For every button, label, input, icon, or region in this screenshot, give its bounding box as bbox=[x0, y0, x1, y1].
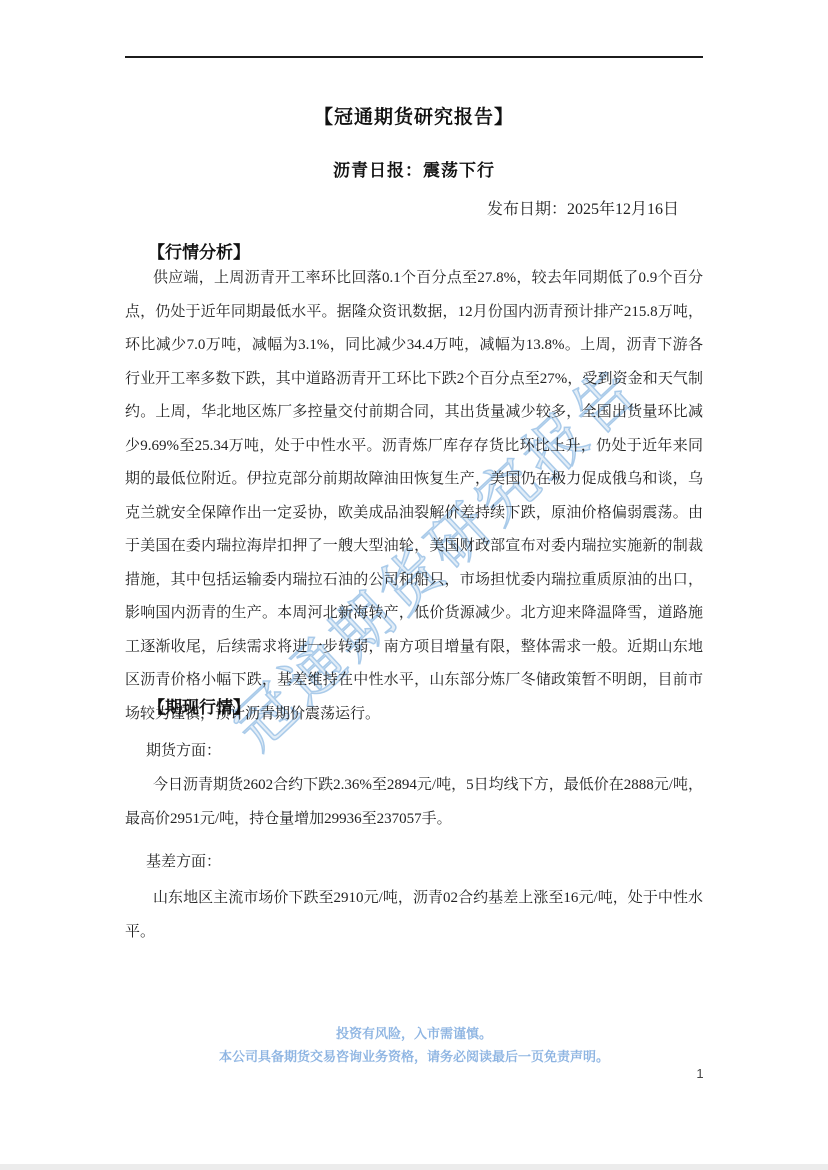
page-footer: 投资有风险，入市需谨慎。 本公司具备期货交易咨询业务资格，请务必阅读最后一页免责… bbox=[0, 1022, 828, 1068]
section-heading-market: 【期现行情】 bbox=[125, 693, 703, 718]
basis-paragraph: 山东地区主流市场价下跌至2910元/吨，沥青02合约基差上涨至16元/吨，处于中… bbox=[125, 882, 703, 949]
futures-label: 期货方面： bbox=[125, 735, 703, 769]
header-rule bbox=[125, 56, 703, 58]
futures-paragraph: 今日沥青期货2602合约下跌2.36%至2894元/吨，5日均线下方，最低价在2… bbox=[125, 769, 703, 836]
analysis-paragraph: 供应端，上周沥青开工率环比回落0.1个百分点至27.8%，较去年同期低了0.9个… bbox=[125, 262, 703, 731]
report-page: 冠通期货研究报告 【冠通期货研究报告】 沥青日报：震荡下行 发布日期：2025年… bbox=[0, 0, 828, 1170]
publish-date: 发布日期：2025年12月16日 bbox=[125, 196, 679, 219]
report-title: 沥青日报：震荡下行 bbox=[0, 156, 828, 181]
footer-risk-warning: 投资有风险，入市需谨慎。 bbox=[0, 1022, 828, 1045]
report-series-label: 【冠通期货研究报告】 bbox=[0, 102, 828, 129]
basis-label: 基差方面： bbox=[125, 846, 703, 880]
page-bottom-edge bbox=[0, 1164, 828, 1170]
page-number: 1 bbox=[688, 1066, 712, 1081]
section-heading-analysis: 【行情分析】 bbox=[125, 238, 703, 263]
footer-disclaimer: 本公司具备期货交易咨询业务资格，请务必阅读最后一页免责声明。 bbox=[0, 1045, 828, 1068]
